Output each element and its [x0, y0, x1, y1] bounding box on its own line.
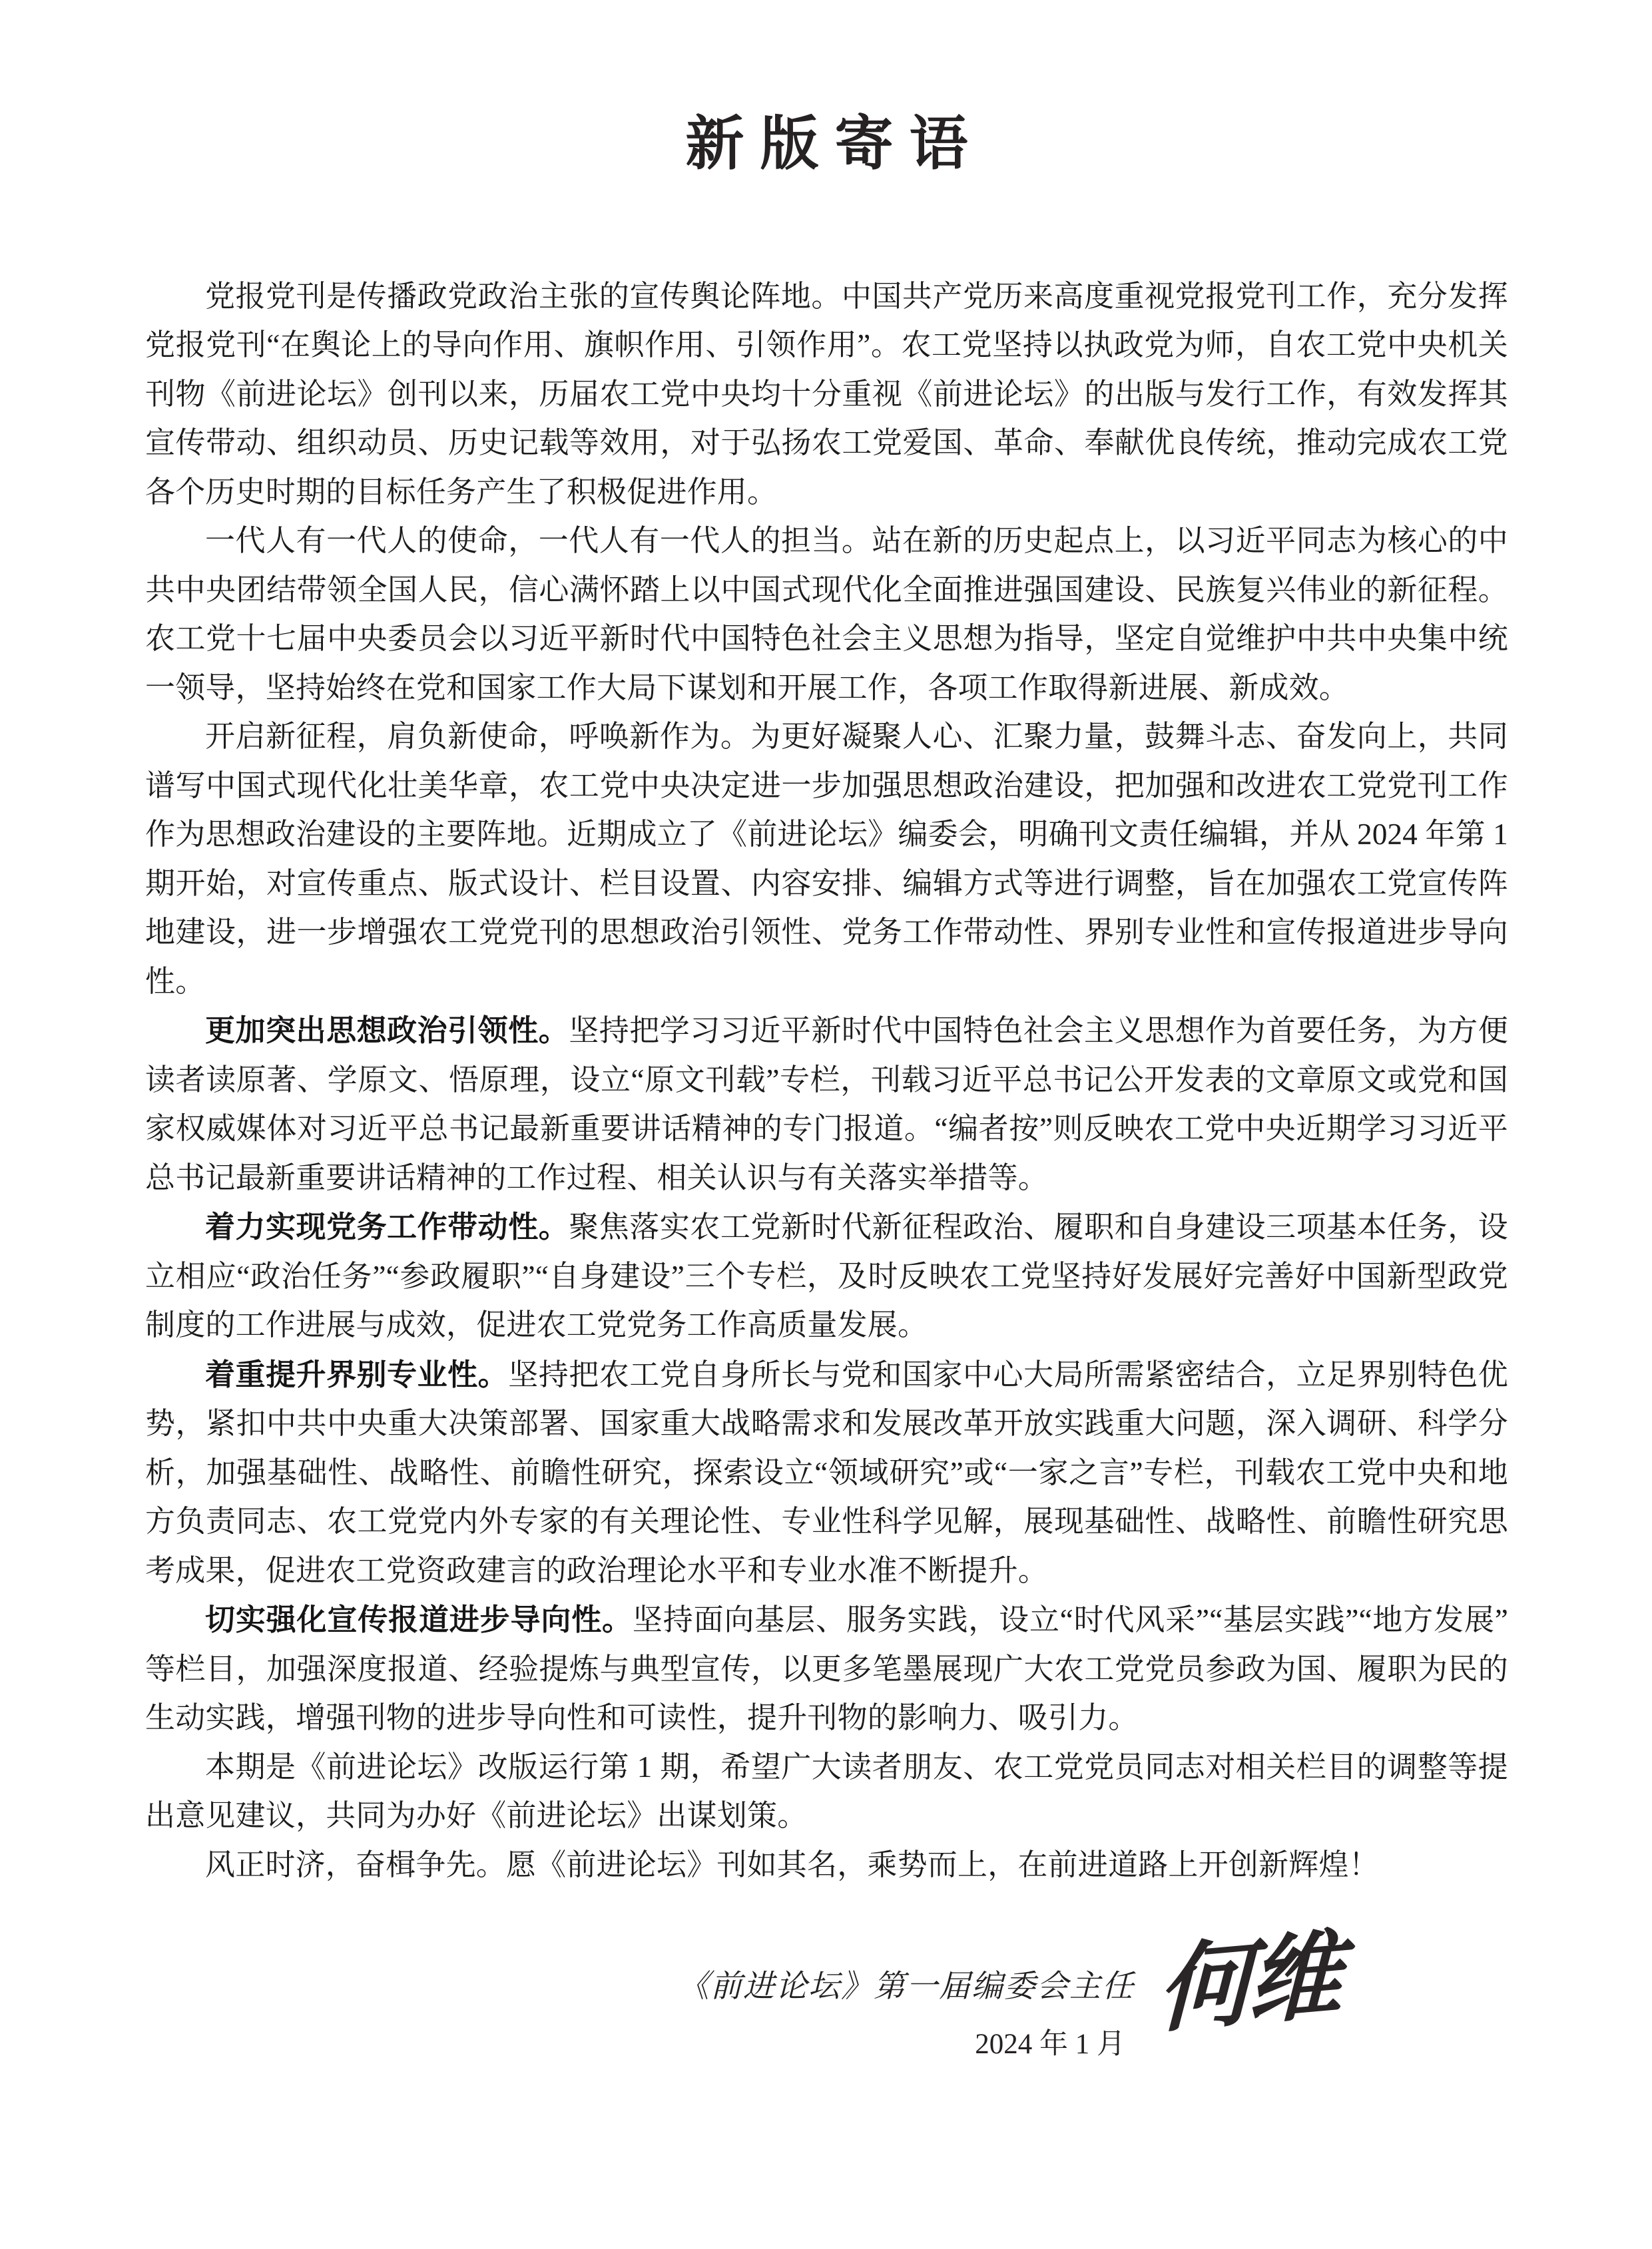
paragraph: 切实强化宣传报道进步导向性。坚持面向基层、服务实践，设立“时代风采”“基层实践”…: [145, 1595, 1508, 1743]
signature-handwriting: 何维: [1157, 1928, 1338, 2039]
paragraph: 一代人有一代人的使命，一代人有一代人的担当。站在新的历史起点上，以习近平同志为核…: [145, 517, 1508, 712]
paragraph: 风正时济，奋楫争先。愿《前进论坛》刊如其名，乘势而上，在前进道路上开创新辉煌！: [145, 1841, 1508, 1890]
paragraph-lead: 着重提升界别专业性。: [205, 1358, 508, 1391]
document-page: 新版寄语 党报党刊是传播政党政治主张的宣传舆论阵地。中国共产党历来高度重视党报党…: [0, 0, 1652, 2249]
paragraph: 党报党刊是传播政党政治主张的宣传舆论阵地。中国共产党历来高度重视党报党刊工作，充…: [145, 272, 1508, 517]
signature-row: 《前进论坛》第一届编委会主任 何维: [145, 1936, 1508, 2031]
paragraph: 着重提升界别专业性。坚持把农工党自身所长与党和国家中心大局所需紧密结合，立足界别…: [145, 1350, 1508, 1596]
paragraph: 开启新征程，肩负新使命，呼唤新作为。为更好凝聚人心、汇聚力量，鼓舞斗志、奋发向上…: [145, 712, 1508, 1006]
paragraph-lead: 着力实现党务工作带动性。: [205, 1210, 569, 1244]
page-title: 新版寄语: [145, 110, 1508, 180]
paragraph: 着力实现党务工作带动性。聚焦落实农工党新时代新征程政治、履职和自身建设三项基本任…: [145, 1202, 1508, 1350]
signature-role: 《前进论坛》第一届编委会主任: [678, 1961, 1135, 2006]
body-text: 党报党刊是传播政党政治主张的宣传舆论阵地。中国共产党历来高度重视党报党刊工作，充…: [145, 272, 1508, 1890]
signature-block: 《前进论坛》第一届编委会主任 何维 2024 年 1 月: [145, 1936, 1508, 2062]
paragraph-lead: 切实强化宣传报道进步导向性。: [205, 1603, 633, 1636]
paragraph-lead: 更加突出思想政治引领性。: [205, 1013, 569, 1047]
paragraph: 本期是《前进论坛》改版运行第 1 期，希望广大读者朋友、农工党党员同志对相关栏目…: [145, 1743, 1508, 1841]
paragraph: 更加突出思想政治引领性。坚持把学习习近平新时代中国特色社会主义思想作为首要任务，…: [145, 1006, 1508, 1202]
